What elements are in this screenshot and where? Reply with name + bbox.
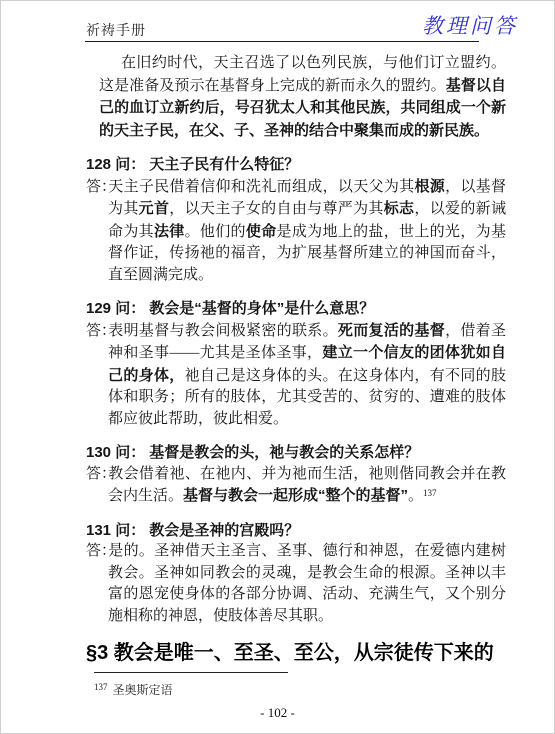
page-body: 在旧约时代，天主召选了以色列民族，与他们订立盟约。这是准备及预示在基督身上完成的… [86, 53, 506, 666]
answer-label: 答： [86, 177, 108, 199]
question-number: 129 问： [86, 300, 145, 317]
header-book-title: 祈祷手册 [86, 20, 146, 40]
question-line: 129 问：教会是“基督的身体”是什么意思？ [86, 298, 506, 320]
header-chapter-title: 教理问答 [422, 10, 518, 40]
question-line: 128 问：天主子民有什么特征？ [86, 154, 506, 176]
question-number: 130 问： [86, 444, 145, 461]
section-heading: §3 教会是唯一、至圣、至公，从宗徒传下来的 [86, 640, 506, 666]
question-text: 天主子民有什么特征？ [149, 156, 299, 173]
answer-label: 答： [86, 321, 108, 343]
answer-paragraph: 答：教会借着祂、在祂内、并为祂而生活，祂则偕同教会并在教会内生活。基督与教会一起… [86, 464, 506, 508]
answer-text: 教会借着祂、在祂内、并为祂而生活，祂则偕同教会并在教会内生活。基督与教会一起形成… [108, 466, 506, 505]
answer-label: 答： [86, 464, 108, 486]
answer-text: 是的。圣神借天主圣言、圣事、德行和神恩，在爱德内建树教会。圣神如同教会的灵魂，是… [108, 543, 506, 624]
answer-text: 表明基督与教会间极紧密的联系。死而复活的基督，借着圣神和圣事——尤其是圣体圣事，… [108, 323, 506, 427]
answer-text: 天主子民借着信仰和洗礼而组成，以天父为其根源，以基督为其元首，以天主子女的自由与… [108, 179, 506, 283]
question-line: 130 问：基督是教会的头，祂与教会的关系怎样？ [86, 442, 506, 464]
footnote-text: 圣奥斯定语 [113, 683, 173, 697]
footnote-divider [94, 672, 288, 673]
question-number: 128 问： [86, 156, 145, 173]
answer-paragraph: 答：表明基督与教会间极紧密的联系。死而复活的基督，借着圣神和圣事——尤其是圣体圣… [86, 320, 506, 431]
page-number: - 102 - [1, 705, 554, 721]
answer-label: 答： [86, 541, 108, 563]
intro-paragraph: 在旧约时代，天主召选了以色列民族，与他们订立盟约。这是准备及预示在基督身上完成的… [99, 53, 506, 142]
document-page: 祈祷手册 教理问答 在旧约时代，天主召选了以色列民族，与他们订立盟约。这是准备及… [0, 0, 555, 734]
answer-paragraph: 答：天主子民借着信仰和洗礼而组成，以天父为其根源，以基督为其元首，以天主子女的自… [86, 176, 506, 287]
qa-item-129: 129 问：教会是“基督的身体”是什么意思？ 答：表明基督与教会间极紧密的联系。… [86, 298, 506, 430]
qa-item-130: 130 问：基督是教会的头，祂与教会的关系怎样？ 答：教会借着祂、在祂内、并为祂… [86, 442, 506, 508]
question-text: 教会是圣神的宫殿吗？ [149, 522, 299, 539]
footnote-marker: 137 [94, 682, 108, 692]
question-text: 教会是“基督的身体”是什么意思？ [149, 300, 374, 317]
qa-item-128: 128 问：天主子民有什么特征？ 答：天主子民借着信仰和洗礼而组成，以天父为其根… [86, 154, 506, 286]
footnote: 137圣奥斯定语 [94, 681, 173, 698]
question-number: 131 问： [86, 522, 145, 539]
question-line: 131 问：教会是圣神的宫殿吗？ [86, 520, 506, 542]
qa-item-131: 131 问：教会是圣神的宫殿吗？ 答：是的。圣神借天主圣言、圣事、德行和神恩，在… [86, 520, 506, 628]
answer-paragraph: 答：是的。圣神借天主圣言、圣事、德行和神恩，在爱德内建树教会。圣神如同教会的灵魂… [86, 541, 506, 627]
question-text: 基督是教会的头，祂与教会的关系怎样？ [149, 444, 419, 461]
header-divider [85, 41, 479, 42]
